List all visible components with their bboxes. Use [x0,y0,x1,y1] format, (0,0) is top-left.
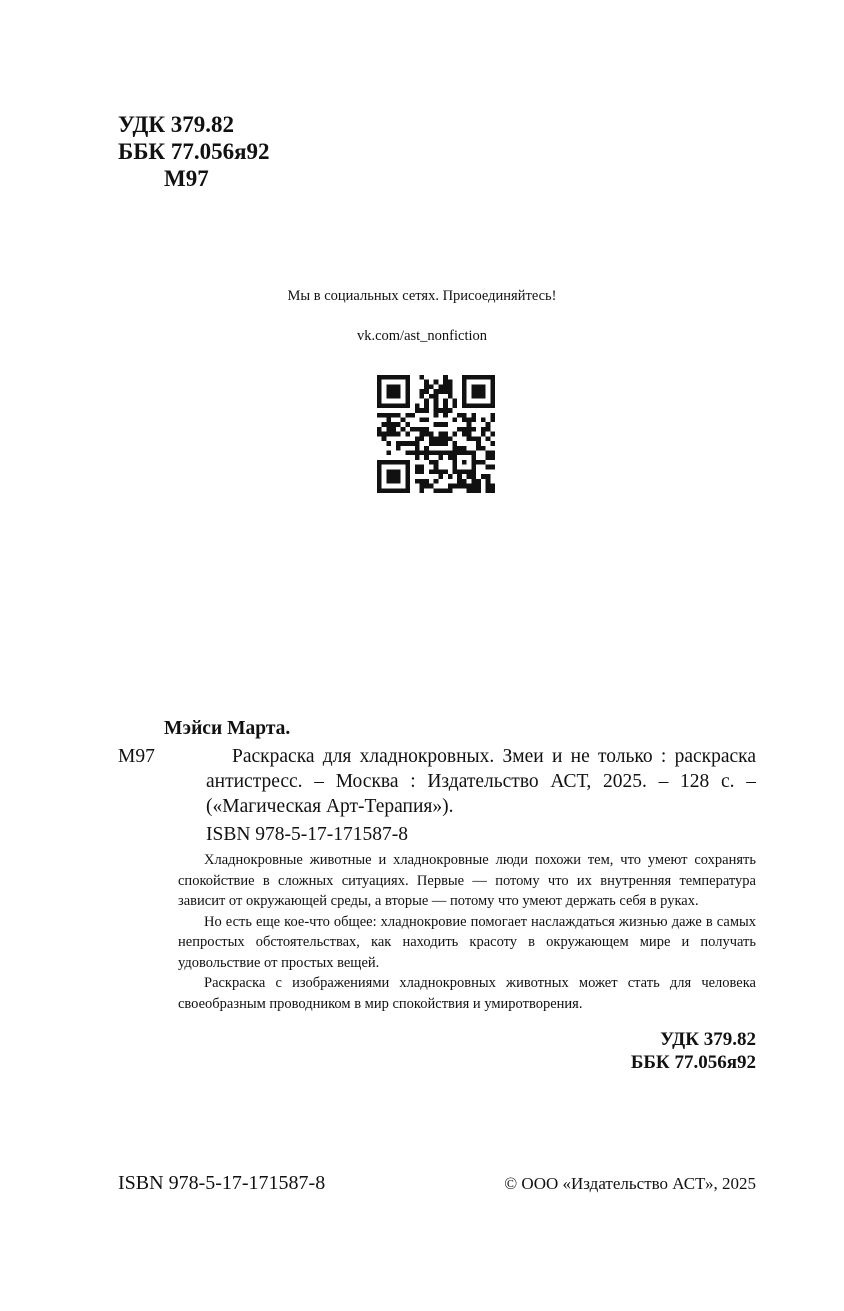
annotation: Хладнокровные животные и хладнокровные л… [178,850,756,1014]
record-author-mark: М97 [118,744,155,769]
udk-code: УДК 379.82 [118,111,270,138]
annotation-paragraph: Раскраска с изображениями хладнокровных … [178,973,756,1014]
classification-codes-top: УДК 379.82 ББК 77.056я92 М97 [118,111,270,192]
bbk-code: ББК 77.056я92 [118,138,270,165]
record-isbn: ISBN 978-5-17-171587-8 [206,822,408,847]
record-description-text: Раскраска для хладнокровных. Змеи и не т… [206,744,756,819]
author-mark: М97 [118,165,270,192]
record-description: Раскраска для хладнокровных. Змеи и не т… [206,744,756,819]
qr-code-graphic [377,375,495,493]
annotation-paragraph: Но есть еще кое-что общее: хладнокровие … [178,912,756,974]
social-link[interactable]: vk.com/ast_nonfiction [0,328,844,345]
footer-isbn: ISBN 978-5-17-171587-8 [118,1172,325,1195]
footer-copyright: © ООО «Издательство АСТ», 2025 [485,1174,756,1194]
qr-code-icon[interactable] [377,375,495,493]
annotation-paragraph: Хладнокровные животные и хладнокровные л… [178,850,756,912]
record-author: Мэйси Марта. [164,716,290,741]
classification-codes-bottom: УДК 379.82 ББК 77.056я92 [560,1028,756,1074]
udk-code: УДК 379.82 [560,1028,756,1051]
social-networks-title: Мы в социальных сетях. Присоединяйтесь! [0,288,844,305]
bbk-code: ББК 77.056я92 [560,1051,756,1074]
